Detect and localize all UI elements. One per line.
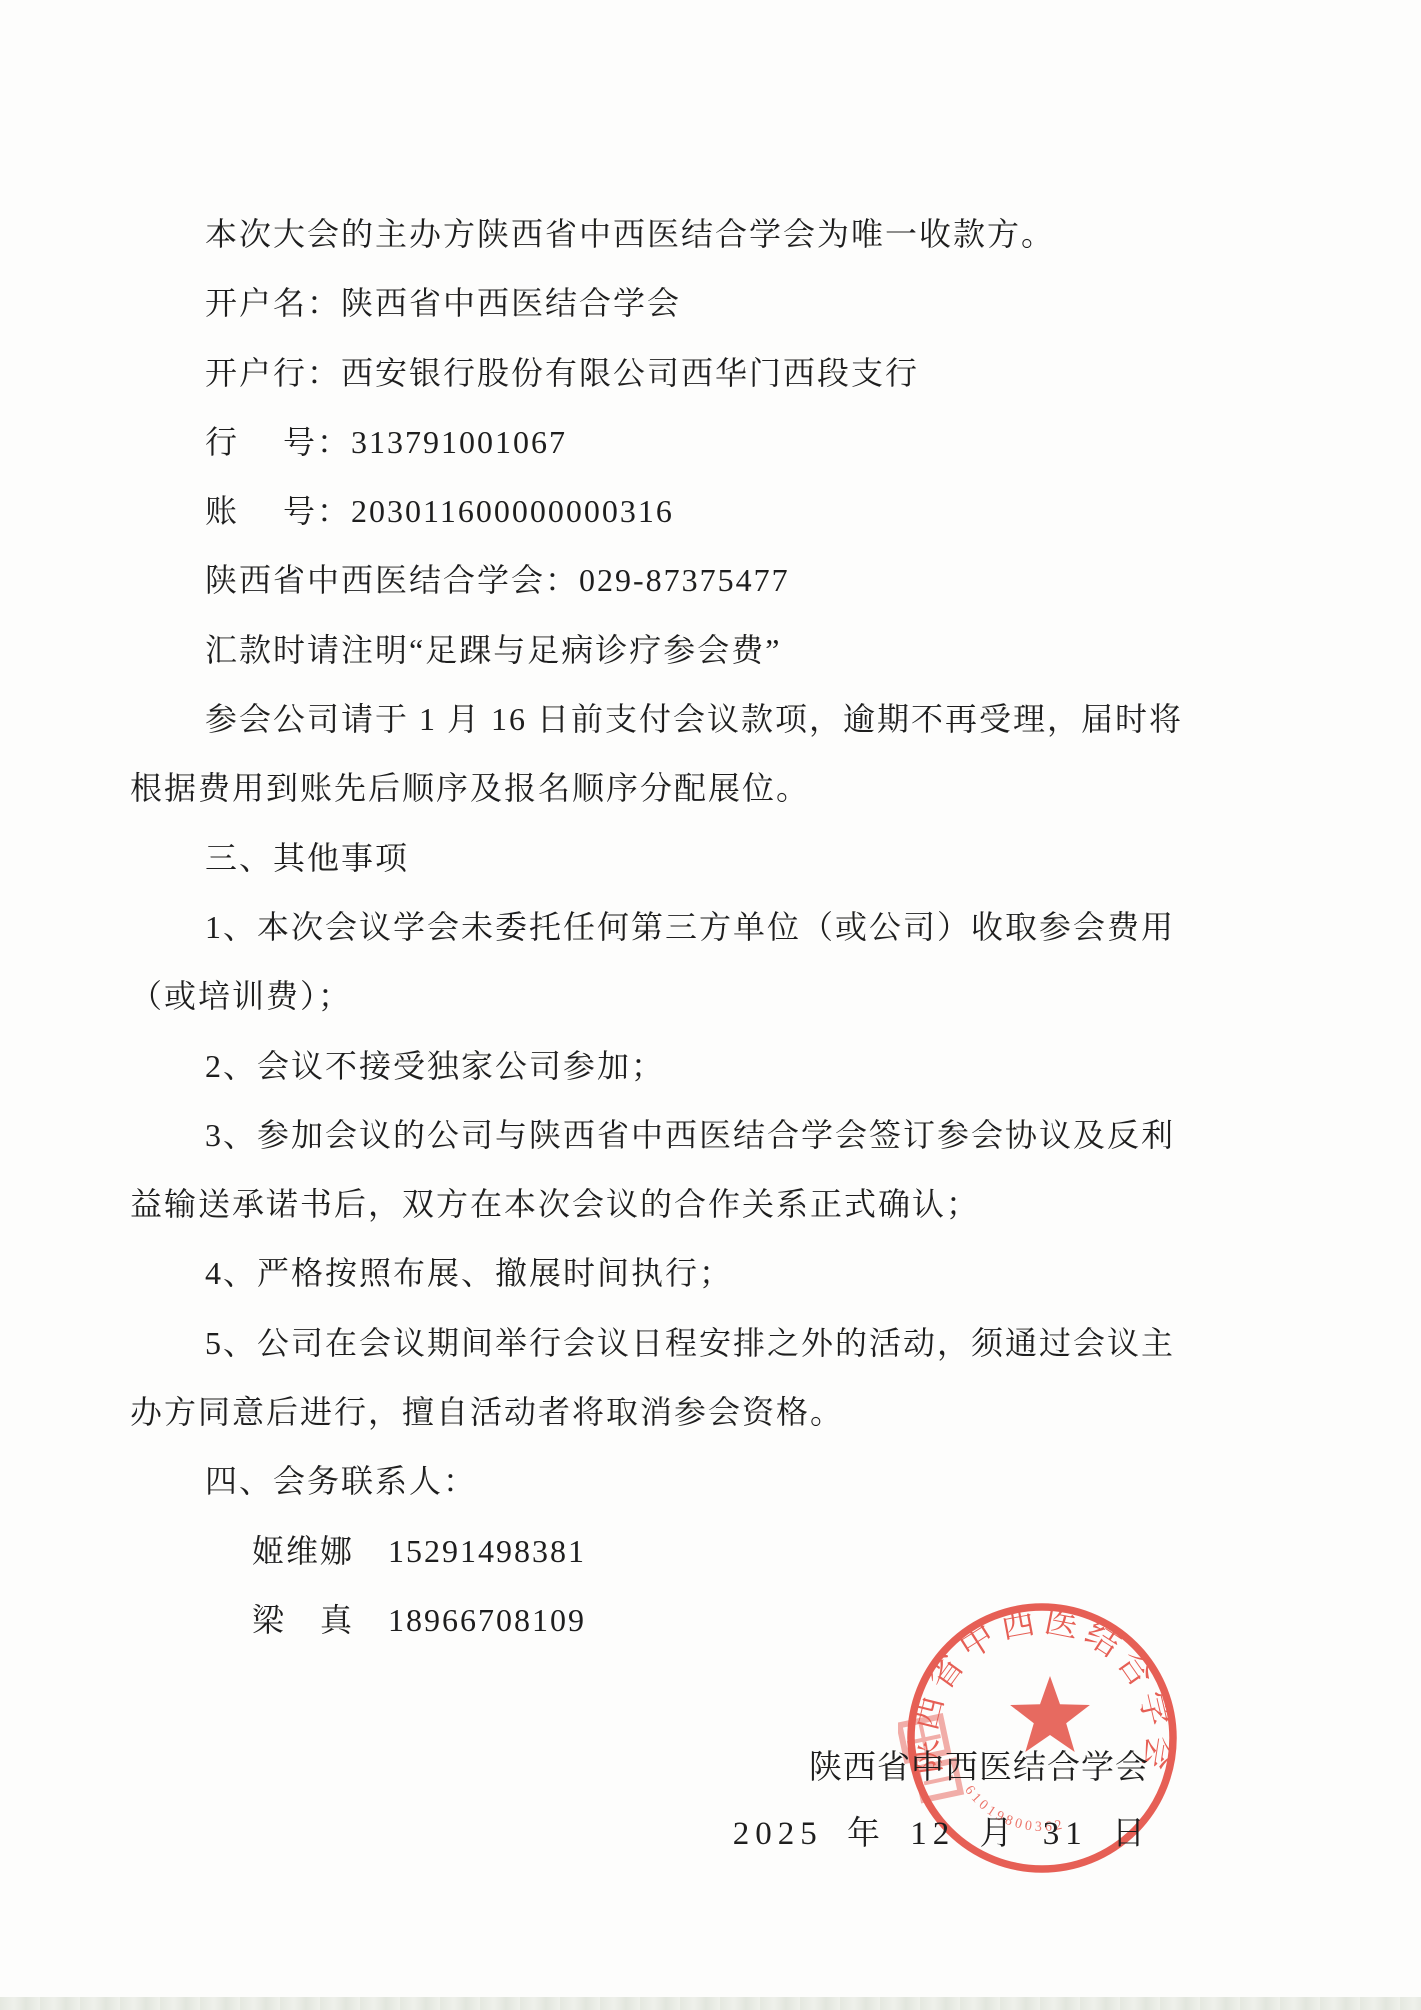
doc-line: 陕西省中西医结合学会：029-87375477 xyxy=(130,546,1345,615)
contact-line: 姬维娜 15291498381 xyxy=(130,1517,1345,1586)
doc-line: 4、严格按照布展、撤展时间执行； xyxy=(130,1239,1345,1308)
doc-line: （或培训费）； xyxy=(130,962,1345,1031)
signature-date: 2025 年 12 月 31 日 xyxy=(733,1807,1151,1854)
doc-line: 账 号：203011600000000316 xyxy=(130,477,1345,546)
doc-section-heading: 三、其他事项 xyxy=(130,824,1345,893)
document-body: 本次大会的主办方陕西省中西医结合学会为唯一收款方。 开户名：陕西省中西医结合学会… xyxy=(130,200,1345,1655)
doc-line: 2、会议不接受独家公司参加； xyxy=(130,1032,1345,1101)
doc-line: 1、本次会议学会未委托任何第三方单位（或公司）收取参会费用 xyxy=(130,893,1345,962)
doc-line: 本次大会的主办方陕西省中西医结合学会为唯一收款方。 xyxy=(130,200,1345,269)
doc-line: 益输送承诺书后，双方在本次会议的合作关系正式确认； xyxy=(130,1170,1345,1239)
doc-line: 汇款时请注明“足踝与足病诊疗参会费” xyxy=(130,616,1345,685)
doc-section-heading: 四、会务联系人： xyxy=(130,1447,1345,1516)
doc-line: 参会公司请于 1 月 16 日前支付会议款项，逾期不再受理，届时将 xyxy=(130,685,1345,754)
doc-line: 开户名：陕西省中西医结合学会 xyxy=(130,269,1345,338)
doc-line: 开户行：西安银行股份有限公司西华门西段支行 xyxy=(130,339,1345,408)
doc-line: 3、参加会议的公司与陕西省中西医结合学会签订参会协议及反利 xyxy=(130,1101,1345,1170)
doc-line: 5、公司在会议期间举行会议日程安排之外的活动，须通过会议主 xyxy=(130,1309,1345,1378)
doc-line: 办方同意后进行，擅自活动者将取消参会资格。 xyxy=(130,1378,1345,1447)
doc-line: 行 号：313791001067 xyxy=(130,408,1345,477)
document-page: 本次大会的主办方陕西省中西医结合学会为唯一收款方。 开户名：陕西省中西医结合学会… xyxy=(0,0,1421,2010)
scan-artifact-strip xyxy=(0,1997,1421,2010)
signature-org: 陕西省中西医结合学会 xyxy=(809,1741,1149,1788)
doc-line: 根据费用到账先后顺序及报名顺序分配展位。 xyxy=(130,754,1345,823)
